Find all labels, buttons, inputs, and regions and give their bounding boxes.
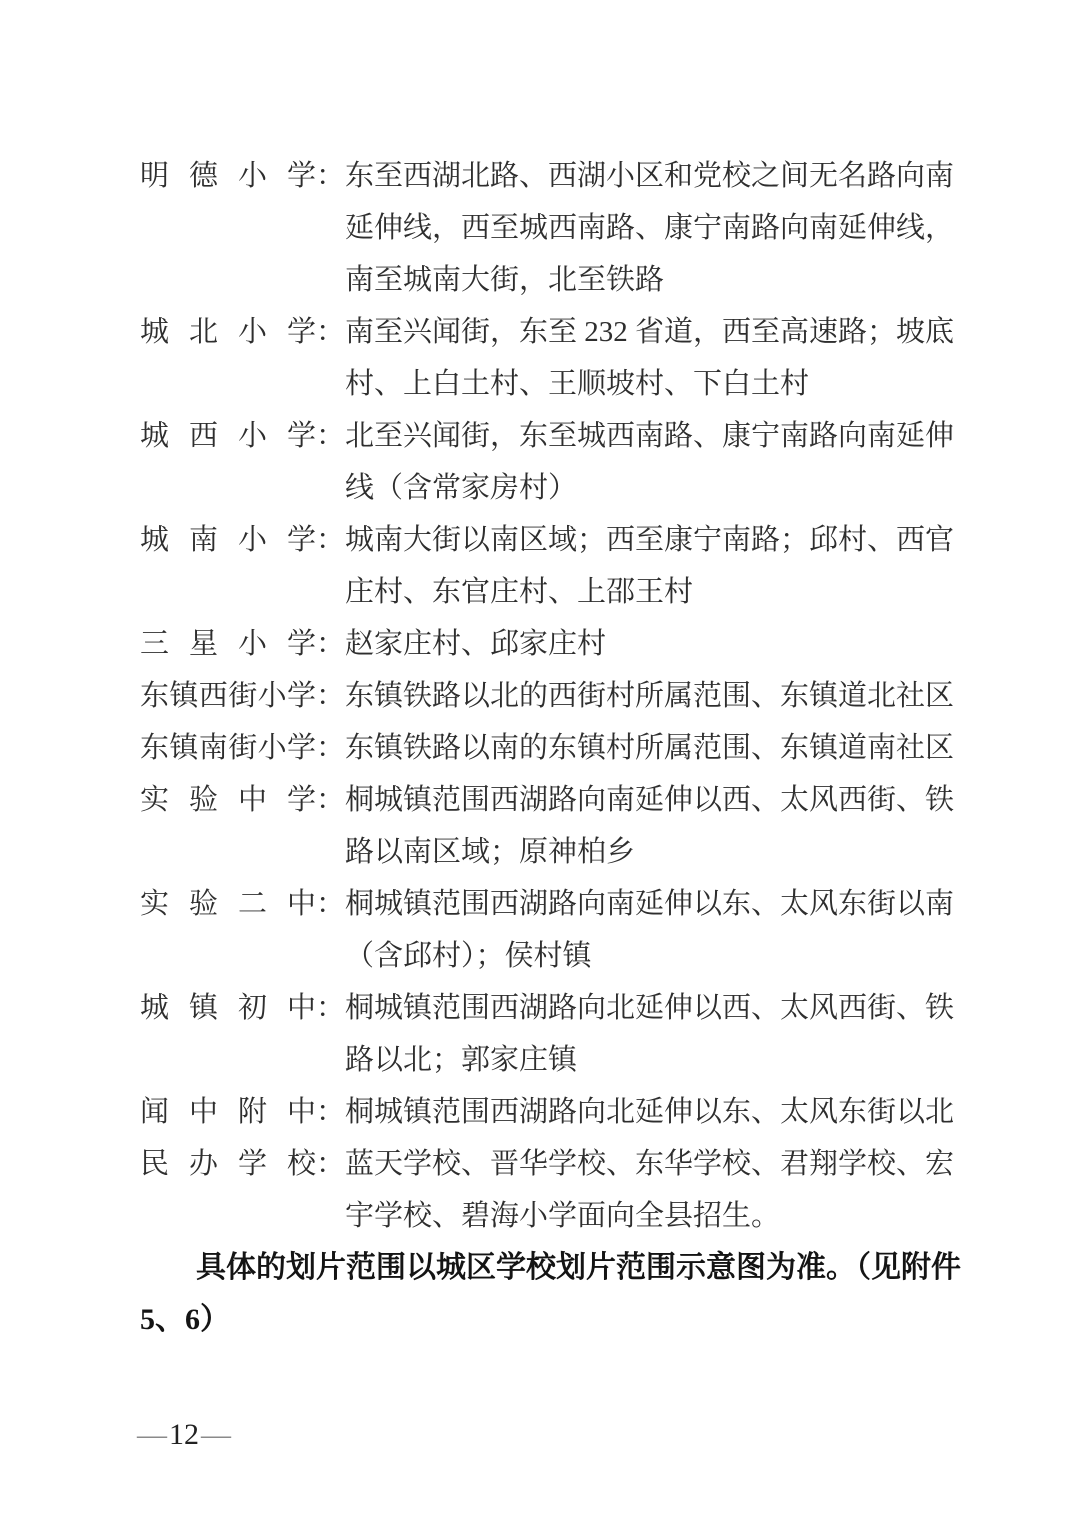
- school-entry: 城镇初中：桐城镇范围西湖路向北延伸以西、太风西街、铁路以北；郭家庄镇: [140, 982, 970, 1086]
- district-description: 桐城镇范围西湖路向北延伸以东、太风东街以北: [345, 1086, 970, 1138]
- school-name-label: 东镇西街小学：: [140, 670, 345, 722]
- footer-right-dash: —: [201, 1418, 231, 1451]
- school-entry: 城西小学：北至兴闻街，东至城西南路、康宁南路向南延伸线（含常家房村）: [140, 410, 970, 514]
- district-description-line: 南至城南大街，北至铁路: [345, 254, 970, 306]
- district-description-line: 南至兴闻街，东至 232 省道，西至高速路；坡底: [345, 306, 970, 358]
- district-description-line: 桐城镇范围西湖路向南延伸以东、太风东街以南: [345, 878, 970, 930]
- school-name: 民办学校: [140, 1138, 316, 1190]
- school-name: 城镇初中: [140, 982, 316, 1034]
- footer-left-dash: —: [137, 1418, 167, 1451]
- district-description: 南至兴闻街，东至 232 省道，西至高速路；坡底村、上白土村、王顺坡村、下白土村: [345, 306, 970, 410]
- school-name-label: 实验二中：: [140, 878, 345, 930]
- district-description-line: 北至兴闻街，东至城西南路、康宁南路向南延伸: [345, 410, 970, 462]
- district-description: 东镇铁路以南的东镇村所属范围、东镇道南社区: [345, 722, 970, 774]
- label-colon: ：: [316, 670, 345, 722]
- district-description-line: 东镇铁路以南的东镇村所属范围、东镇道南社区: [345, 722, 970, 774]
- label-colon: ：: [316, 878, 345, 930]
- label-colon: ：: [316, 618, 345, 670]
- label-colon: ：: [316, 514, 345, 566]
- closing-line-2: 5、6）: [140, 1294, 970, 1346]
- district-description-line: 延伸线，西至城西南路、康宁南路向南延伸线，: [345, 202, 970, 254]
- school-name-label: 明德小学：: [140, 150, 345, 202]
- school-name-label: 城北小学：: [140, 306, 345, 358]
- district-description-line: 桐城镇范围西湖路向北延伸以西、太风西街、铁: [345, 982, 970, 1034]
- label-colon: ：: [316, 722, 345, 774]
- school-name-label: 实验中学：: [140, 774, 345, 826]
- school-entry: 闻中附中：桐城镇范围西湖路向北延伸以东、太风东街以北: [140, 1086, 970, 1138]
- closing-paragraph: 具体的划片范围以城区学校划片范围示意图为准。（见附件 5、6）: [140, 1242, 970, 1346]
- school-name-label: 闻中附中：: [140, 1086, 345, 1138]
- district-description-line: 东至西湖北路、西湖小区和党校之间无名路向南: [345, 150, 970, 202]
- school-entry: 东镇西街小学：东镇铁路以北的西街村所属范围、东镇道北社区: [140, 670, 970, 722]
- school-name: 城南小学: [140, 514, 316, 566]
- district-description-line: 线（含常家房村）: [345, 462, 970, 514]
- district-description: 桐城镇范围西湖路向北延伸以西、太风西街、铁路以北；郭家庄镇: [345, 982, 970, 1086]
- label-colon: ：: [316, 1138, 345, 1190]
- district-description: 城南大街以南区域；西至康宁南路；邱村、西官庄村、东官庄村、上邵王村: [345, 514, 970, 618]
- district-description: 东镇铁路以北的西街村所属范围、东镇道北社区: [345, 670, 970, 722]
- school-entry: 实验中学：桐城镇范围西湖路向南延伸以西、太风西街、铁路以南区域；原神柏乡: [140, 774, 970, 878]
- school-name: 东镇南街小学: [140, 722, 316, 774]
- school-district-list: 明德小学：东至西湖北路、西湖小区和党校之间无名路向南延伸线，西至城西南路、康宁南…: [140, 150, 970, 1242]
- page-footer: —12—: [137, 1418, 231, 1452]
- school-name: 实验中学: [140, 774, 316, 826]
- school-entry: 实验二中：桐城镇范围西湖路向南延伸以东、太风东街以南（含邱村）；侯村镇: [140, 878, 970, 982]
- school-name: 闻中附中: [140, 1086, 316, 1138]
- school-name: 城西小学: [140, 410, 316, 462]
- school-entry: 城南小学：城南大街以南区域；西至康宁南路；邱村、西官庄村、东官庄村、上邵王村: [140, 514, 970, 618]
- school-entry: 明德小学：东至西湖北路、西湖小区和党校之间无名路向南延伸线，西至城西南路、康宁南…: [140, 150, 970, 306]
- district-description-line: 赵家庄村、邱家庄村: [345, 618, 970, 670]
- district-description: 蓝天学校、晋华学校、东华学校、君翔学校、宏宇学校、碧海小学面向全县招生。: [345, 1138, 970, 1242]
- school-name-label: 城西小学：: [140, 410, 345, 462]
- district-description: 桐城镇范围西湖路向南延伸以东、太风东街以南（含邱村）；侯村镇: [345, 878, 970, 982]
- school-name-label: 民办学校：: [140, 1138, 345, 1190]
- district-description-line: 庄村、东官庄村、上邵王村: [345, 566, 970, 618]
- district-description-line: 蓝天学校、晋华学校、东华学校、君翔学校、宏: [345, 1138, 970, 1190]
- label-colon: ：: [316, 774, 345, 826]
- school-entry: 三星小学：赵家庄村、邱家庄村: [140, 618, 970, 670]
- district-description: 赵家庄村、邱家庄村: [345, 618, 970, 670]
- district-description-line: 城南大街以南区域；西至康宁南路；邱村、西官: [345, 514, 970, 566]
- district-description-line: 路以南区域；原神柏乡: [345, 826, 970, 878]
- district-description-line: 东镇铁路以北的西街村所属范围、东镇道北社区: [345, 670, 970, 722]
- school-name-label: 城镇初中：: [140, 982, 345, 1034]
- label-colon: ：: [316, 982, 345, 1034]
- school-name-label: 东镇南街小学：: [140, 722, 345, 774]
- district-description-line: 桐城镇范围西湖路向北延伸以东、太风东街以北: [345, 1086, 970, 1138]
- school-name: 明德小学: [140, 150, 316, 202]
- district-description-line: 宇学校、碧海小学面向全县招生。: [345, 1190, 970, 1242]
- document-page: 明德小学：东至西湖北路、西湖小区和党校之间无名路向南延伸线，西至城西南路、康宁南…: [0, 0, 1080, 1527]
- school-name: 实验二中: [140, 878, 316, 930]
- school-district-document: 明德小学：东至西湖北路、西湖小区和党校之间无名路向南延伸线，西至城西南路、康宁南…: [140, 150, 970, 1346]
- school-entry: 东镇南街小学：东镇铁路以南的东镇村所属范围、东镇道南社区: [140, 722, 970, 774]
- closing-line-1: 具体的划片范围以城区学校划片范围示意图为准。（见附件: [140, 1242, 970, 1294]
- district-description-line: 桐城镇范围西湖路向南延伸以西、太风西街、铁: [345, 774, 970, 826]
- school-name: 东镇西街小学: [140, 670, 316, 722]
- district-description: 北至兴闻街，东至城西南路、康宁南路向南延伸线（含常家房村）: [345, 410, 970, 514]
- label-colon: ：: [316, 410, 345, 462]
- district-description: 桐城镇范围西湖路向南延伸以西、太风西街、铁路以南区域；原神柏乡: [345, 774, 970, 878]
- district-description-line: （含邱村）；侯村镇: [345, 930, 970, 982]
- district-description-line: 路以北；郭家庄镇: [345, 1034, 970, 1086]
- district-description: 东至西湖北路、西湖小区和党校之间无名路向南延伸线，西至城西南路、康宁南路向南延伸…: [345, 150, 970, 306]
- school-name-label: 三星小学：: [140, 618, 345, 670]
- district-description-line: 村、上白土村、王顺坡村、下白土村: [345, 358, 970, 410]
- school-name-label: 城南小学：: [140, 514, 345, 566]
- school-entry: 民办学校：蓝天学校、晋华学校、东华学校、君翔学校、宏宇学校、碧海小学面向全县招生…: [140, 1138, 970, 1242]
- school-name: 三星小学: [140, 618, 316, 670]
- school-entry: 城北小学：南至兴闻街，东至 232 省道，西至高速路；坡底村、上白土村、王顺坡村…: [140, 306, 970, 410]
- school-name: 城北小学: [140, 306, 316, 358]
- label-colon: ：: [316, 306, 345, 358]
- label-colon: ：: [316, 150, 345, 202]
- label-colon: ：: [316, 1086, 345, 1138]
- page-number: 12: [167, 1418, 201, 1451]
